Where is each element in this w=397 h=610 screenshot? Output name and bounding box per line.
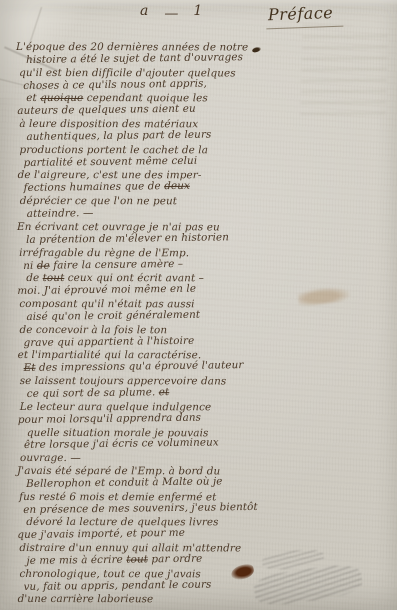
struck-word: quoique (40, 92, 83, 104)
handwritten-line: moi. J'ai éprouvé moi même en le (17, 282, 286, 298)
text-segment: fections humaines que de (24, 180, 165, 194)
handwritten-line: histoire a été le sujet de tant d'ouvrag… (26, 50, 286, 66)
text-segment: la prétention de m'élever en historien (26, 231, 229, 246)
page-title-wrap: Préface (266, 3, 344, 30)
text-segment: et (26, 92, 40, 104)
paragraph: L'époque des 20 dernières années de notr… (16, 40, 287, 221)
text-segment: des impressions qu'a éprouvé l'auteur (36, 359, 244, 374)
text-segment: ce qui sort de sa plume. (27, 386, 159, 400)
text-segment: je me mis à écrire (26, 553, 126, 566)
handwritten-line: être lorsque j'ai écris ce volumineux (24, 436, 287, 452)
brown-stain (297, 285, 350, 306)
handwritten-line: fections humaines que de deux (24, 179, 287, 195)
paragraph: En écrivant cet ouvrage je n'ai pas eula… (16, 220, 287, 465)
text-segment: ni (23, 259, 37, 271)
text-segment: pour moi lorsqu'il apprendra dans (18, 411, 201, 425)
handwritten-line: aisé qu'on le croit généralement (26, 307, 286, 323)
text-segment: que j'avais importé, et pour me (17, 527, 185, 541)
text-segment: aisé qu'on le croit généralement (26, 308, 200, 322)
struck-word: deux (164, 180, 190, 192)
handwritten-line: partialité et souvent même celui (23, 153, 286, 169)
text-segment: moi. J'ai éprouvé moi même en le (17, 283, 196, 297)
handwritten-line: Bellerophon et conduit à Malte où je (26, 474, 286, 490)
handwritten-line: auteurs de quelques uns aient eu (17, 102, 286, 118)
text-segment: ouvrage. — (20, 452, 81, 464)
handwritten-line: choses à ce qu'ils nous ont appris, (23, 76, 286, 92)
struck-word: Et (24, 362, 36, 374)
page-title: Préface (266, 3, 344, 30)
text-segment: irréfragable du règne de l'Emp. (19, 246, 189, 258)
folio-number: 1 (193, 3, 202, 19)
struck-word: tout (43, 272, 65, 284)
text-segment: Bellerophon et conduit à Malte où je (26, 475, 223, 490)
text-segment: être lorsque j'ai écris ce volumineux (24, 437, 219, 452)
handwritten-line: ce qui sort de sa plume. et (27, 384, 287, 400)
struck-word: de (37, 259, 50, 271)
handwritten-line: la prétention de m'élever en historien (26, 230, 286, 246)
text-segment: partialité et souvent même celui (23, 154, 197, 168)
text-segment: par ordre (148, 552, 203, 565)
text-segment: vu, fait ou appris, pendant le cours (23, 578, 211, 592)
text-segment: atteindre. — (27, 207, 94, 220)
handwritten-line: d'une carrière laborieuse (18, 593, 287, 606)
struck-word: tout (126, 553, 148, 565)
struck-word: et (159, 386, 170, 398)
manuscript-text: L'époque des 20 dernières années de notr… (16, 41, 286, 606)
text-segment: de (26, 272, 42, 284)
text-segment: auteurs de quelques uns aient eu (17, 103, 196, 117)
handwritten-line: que j'avais importé, et pour me (17, 526, 286, 542)
paragraph: J'avais été séparé de l'Emp. à bord duBe… (16, 464, 287, 606)
handwritten-line: atteindre. — (27, 205, 287, 221)
handwritten-line: authentiques, la plus part de leurs (26, 127, 286, 143)
text-segment: en présence de mes souvenirs, j'eus bien… (23, 500, 258, 515)
folio-dash: — (164, 6, 177, 22)
text-segment: histoire a été le sujet de tant d'ouvrag… (26, 51, 243, 66)
text-segment: authentiques, la plus part de leurs (26, 128, 211, 142)
folio-marks: a — 1 (140, 3, 202, 22)
manuscript-page: a — 1 Préface L'époque des 20 dernières … (0, 0, 397, 610)
text-segment: faire la censure amère – (50, 257, 183, 271)
text-segment: d'une carrière laborieuse (18, 593, 154, 605)
handwritten-line: Et des impressions qu'a éprouvé l'auteur (24, 359, 287, 375)
text-segment: de concevoir à la fois le ton (19, 324, 167, 336)
folio-letter: a (140, 3, 148, 19)
text-segment: choses à ce qu'ils nous ont appris, (23, 77, 207, 91)
verso-show-through (300, 25, 388, 123)
text-segment: grave qui appartient à l'histoire (23, 334, 194, 348)
